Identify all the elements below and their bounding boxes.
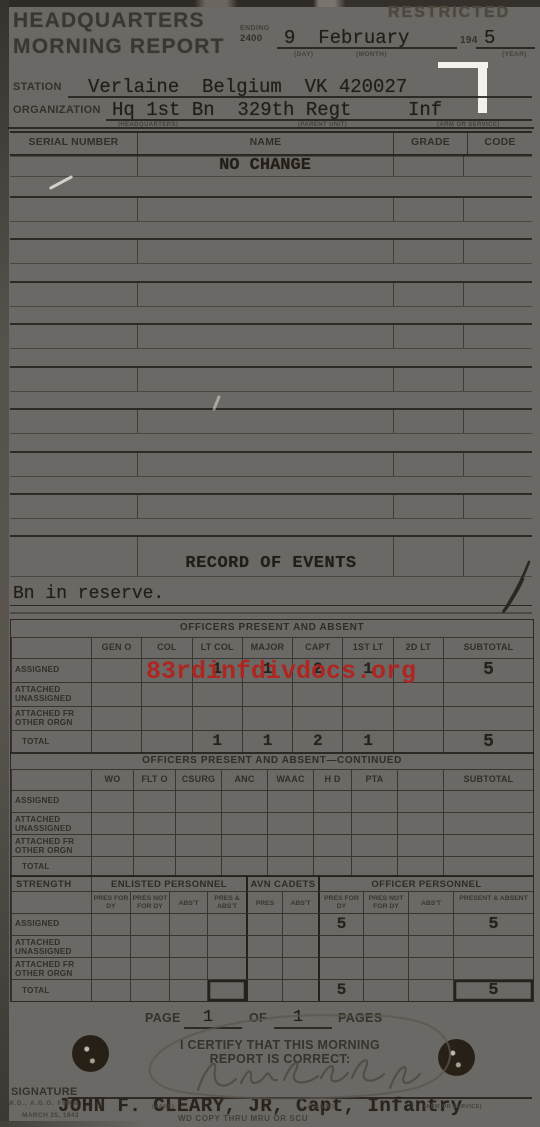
cell xyxy=(246,913,282,935)
cell xyxy=(175,856,221,876)
cell: 1 xyxy=(242,730,292,753)
cell xyxy=(169,979,207,1001)
cell xyxy=(313,834,351,856)
day-label: (DAY) xyxy=(294,51,313,58)
cell: 5 xyxy=(318,913,363,935)
cell xyxy=(207,913,246,935)
organization-arm-value: Inf xyxy=(408,99,442,121)
cell xyxy=(91,730,141,753)
cell xyxy=(282,935,318,957)
cell xyxy=(91,979,130,1001)
station-underline xyxy=(68,96,532,98)
arm-service-footer-label: (ARM OR SERVICE) xyxy=(424,1104,482,1110)
col-wo: WO xyxy=(91,769,133,790)
roster-row-no-change: NO CHANGE xyxy=(10,155,532,177)
subcol-ep-pres-for-dy: PRES FOR DY xyxy=(91,891,130,913)
officers-col-1st-lt: 1ST LT xyxy=(342,637,392,658)
roster-col-grade: GRADE xyxy=(393,133,467,154)
strength-row-label: ATTACHED UNASSIGNED xyxy=(11,935,91,957)
officers-title: OFFICERS PRESENT AND ABSENT xyxy=(11,620,533,637)
cell xyxy=(221,812,267,834)
cell xyxy=(91,913,130,935)
pages-label: PAGES xyxy=(338,1011,382,1025)
cell xyxy=(443,856,533,876)
cell xyxy=(408,979,453,1001)
cell xyxy=(246,935,282,957)
form-title-line1: HEADQUARTERS xyxy=(13,9,205,33)
cell xyxy=(313,812,351,834)
cell: 5 xyxy=(443,658,533,682)
cell xyxy=(313,856,351,876)
cell: 5 xyxy=(443,730,533,753)
cell xyxy=(443,812,533,834)
cell xyxy=(91,935,130,957)
cell: 2 xyxy=(292,730,342,753)
cell xyxy=(453,957,533,979)
organization-label: ORGANIZATION xyxy=(13,104,101,116)
roster-empty-row xyxy=(10,238,532,264)
cell xyxy=(397,856,443,876)
cell xyxy=(141,730,191,753)
officers-col-gen-o: GEN O xyxy=(91,637,141,658)
cell xyxy=(207,935,246,957)
cell xyxy=(91,682,141,706)
cell-boxed xyxy=(207,979,246,1001)
strength-table: STRENGTH ENLISTED PERSONNEL AVN CADETS O… xyxy=(10,875,534,1002)
roster-header-row: SERIAL NUMBER NAME GRADE CODE xyxy=(10,131,532,156)
film-scratch xyxy=(49,175,73,190)
officers-continued-table: OFFICERS PRESENT AND ABSENT—CONTINUED WO… xyxy=(10,752,534,877)
roster-empty-row xyxy=(10,366,532,392)
scan-edge-bottom xyxy=(0,1121,150,1127)
cell xyxy=(351,790,397,812)
event-entry: Bn in reserve. xyxy=(13,584,164,604)
cell xyxy=(393,730,443,753)
form-ref-line1: W.D., A.G.O. FORM xyxy=(8,1101,79,1107)
cell xyxy=(91,957,130,979)
cell: 1 xyxy=(192,730,242,753)
officers-row-label: TOTAL xyxy=(11,730,91,753)
cell xyxy=(246,979,282,1001)
officers-col-2d-lt: 2D LT xyxy=(393,637,443,658)
cell xyxy=(342,706,392,730)
cell xyxy=(221,856,267,876)
officers-col-major: MAJOR xyxy=(242,637,292,658)
ending-label: ENDING xyxy=(240,25,270,32)
date-value: 9 February xyxy=(284,27,409,49)
roster-empty-row xyxy=(10,493,532,519)
cell xyxy=(267,834,313,856)
year-label: (YEAR) xyxy=(502,51,527,58)
officers-col-subtotal: SUBTOTAL xyxy=(443,637,533,658)
wd-copy-note: WD COPY THRU MRU OR SCU xyxy=(178,1114,308,1123)
cell xyxy=(267,790,313,812)
cell xyxy=(443,790,533,812)
cell xyxy=(363,935,408,957)
cell xyxy=(169,935,207,957)
subheader-blank xyxy=(11,891,91,913)
cell xyxy=(408,913,453,935)
pages-value: 1 xyxy=(293,1008,303,1027)
cell xyxy=(133,790,175,812)
cell xyxy=(91,834,133,856)
certify-line1: I CERTIFY THAT THIS MORNING xyxy=(140,1038,420,1052)
cell xyxy=(443,682,533,706)
roster-closing-rule-1 xyxy=(10,612,532,614)
of-label: OF xyxy=(249,1011,267,1025)
cell: 1 xyxy=(342,730,392,753)
station-value: Verlaine Belgium VK 420027 xyxy=(88,76,407,98)
subcol-op-pres-not-for-dy: PRES NOT FOR DY xyxy=(363,891,408,913)
row-label: ASSIGNED xyxy=(11,790,91,812)
strength-row-label: TOTAL xyxy=(11,979,91,1001)
record-of-events-row: RECORD OF EVENTS xyxy=(10,535,532,577)
officers-col-capt: CAPT xyxy=(292,637,342,658)
cell xyxy=(282,979,318,1001)
roster-top-rule-1 xyxy=(8,127,534,129)
year-underline xyxy=(476,47,535,49)
roster-col-name: NAME xyxy=(137,133,393,154)
cell xyxy=(363,957,408,979)
row-label: TOTAL xyxy=(11,856,91,876)
month-label: (MONTH) xyxy=(356,51,387,58)
cell xyxy=(221,790,267,812)
cell xyxy=(397,790,443,812)
pages-underline xyxy=(274,1027,332,1029)
name-label: (NAME) xyxy=(152,1104,174,1110)
cell xyxy=(175,812,221,834)
punch-hole-left xyxy=(72,1035,109,1072)
roster-col-code: CODE xyxy=(467,133,532,154)
cell xyxy=(133,834,175,856)
watermark: 83rdinfdivdocs.org xyxy=(146,657,416,686)
crop-mark-vertical xyxy=(478,62,487,113)
officers-row-label: ATTACHED FR OTHER ORGN xyxy=(11,706,91,730)
cell-boxed: 5 xyxy=(453,979,533,1001)
roster-empty-row xyxy=(10,323,532,349)
strength-row-label: ASSIGNED xyxy=(11,913,91,935)
year-prefix: 194 xyxy=(460,35,478,46)
col-pta: PTA xyxy=(351,769,397,790)
cell xyxy=(141,706,191,730)
officers-continued-title: OFFICERS PRESENT AND ABSENT—CONTINUED xyxy=(11,753,533,769)
cell xyxy=(169,913,207,935)
roster-empty-row xyxy=(10,408,532,434)
cell xyxy=(246,957,282,979)
officers-row-label: ASSIGNED xyxy=(11,658,91,682)
cell xyxy=(443,834,533,856)
record-of-events-title: RECORD OF EVENTS xyxy=(10,554,532,573)
cell xyxy=(267,812,313,834)
col-subtotal: SUBTOTAL xyxy=(443,769,533,790)
cell xyxy=(408,957,453,979)
page-underline xyxy=(184,1027,242,1029)
cell xyxy=(130,957,169,979)
morning-report-scan: HEADQUARTERS MORNING REPORT RESTRICTED E… xyxy=(0,0,540,1127)
officers-row-label: ATTACHED UNASSIGNED xyxy=(11,682,91,706)
subcol-op-abst: ABS'T xyxy=(408,891,453,913)
group-officer-personnel: OFFICER PERSONNEL xyxy=(318,876,533,891)
col-csurg: CSURG xyxy=(175,769,221,790)
subcol-op-pres-for-dy: PRES FOR DY xyxy=(318,891,363,913)
cell xyxy=(397,834,443,856)
cell xyxy=(267,856,313,876)
station-label: STATION xyxy=(13,81,62,93)
row-label: ATTACHED UNASSIGNED xyxy=(11,812,91,834)
subcol-ep-abst: ABS'T xyxy=(169,891,207,913)
cell xyxy=(175,834,221,856)
cell xyxy=(453,935,533,957)
officers-col-col: COL xyxy=(141,637,191,658)
cell xyxy=(91,658,141,682)
cell xyxy=(282,913,318,935)
cell xyxy=(130,913,169,935)
roster-empty-row xyxy=(10,451,532,477)
cell xyxy=(169,957,207,979)
cell xyxy=(91,812,133,834)
form-ref-line2: MARCH 25, 1943 xyxy=(22,1112,79,1119)
subcol-op-present-absent: PRESENT & ABSENT xyxy=(453,891,533,913)
col-flt-o: FLT O xyxy=(133,769,175,790)
officers-table: OFFICERS PRESENT AND ABSENT GEN O COL LT… xyxy=(10,619,534,754)
cell xyxy=(91,856,133,876)
cell xyxy=(351,856,397,876)
cell xyxy=(363,979,408,1001)
subcol-avn-abst: ABS'T xyxy=(282,891,318,913)
page-value: 1 xyxy=(203,1008,213,1027)
cell xyxy=(292,706,342,730)
subcol-ep-pres-abst: PRES & ABS'T xyxy=(207,891,246,913)
organization-underline xyxy=(106,119,532,121)
cell xyxy=(130,979,169,1001)
col-blank xyxy=(397,769,443,790)
grade-label: (GRADE) xyxy=(308,1104,334,1110)
roster-col-serial-number: SERIAL NUMBER xyxy=(10,133,137,154)
page-label: PAGE xyxy=(145,1011,181,1025)
cell xyxy=(207,957,246,979)
col-anc: ANC xyxy=(221,769,267,790)
certify-line2: REPORT IS CORRECT: xyxy=(140,1052,420,1066)
roster-empty-row xyxy=(10,196,532,222)
year-value: 5 xyxy=(484,27,495,49)
cell xyxy=(313,790,351,812)
ending-time: 2400 xyxy=(240,33,262,44)
form-title-line2: MORNING REPORT xyxy=(13,35,225,59)
cell: 5 xyxy=(453,913,533,935)
officers-col-lt-col: LT COL xyxy=(192,637,242,658)
cell xyxy=(397,812,443,834)
cell xyxy=(318,957,363,979)
group-enlisted-personnel: ENLISTED PERSONNEL xyxy=(91,876,246,891)
cell xyxy=(242,706,292,730)
roster-empty-row xyxy=(10,281,532,307)
cell xyxy=(443,706,533,730)
cell xyxy=(91,790,133,812)
cell xyxy=(351,812,397,834)
subcol-avn-pres: PRES xyxy=(246,891,282,913)
cell xyxy=(175,790,221,812)
punch-hole-right xyxy=(438,1039,475,1076)
cell xyxy=(363,913,408,935)
officers-label-col-header xyxy=(11,637,91,658)
label-col-header xyxy=(11,769,91,790)
restricted-stamp: RESTRICTED xyxy=(388,4,510,22)
cell xyxy=(318,935,363,957)
organization-value: Hq 1st Bn 329th Regt xyxy=(112,99,351,121)
row-label: ATTACHED FR OTHER ORGN xyxy=(11,834,91,856)
date-underline xyxy=(277,47,457,49)
cell xyxy=(192,706,242,730)
cell xyxy=(130,935,169,957)
cell xyxy=(221,834,267,856)
cell xyxy=(133,812,175,834)
cell: 5 xyxy=(318,979,363,1001)
subcol-ep-pres-not-for-dy: PRES NOT FOR DY xyxy=(130,891,169,913)
group-avn-cadets: AVN CADETS xyxy=(246,876,318,891)
no-change-entry: NO CHANGE xyxy=(137,156,393,175)
cell xyxy=(133,856,175,876)
cell xyxy=(408,935,453,957)
scan-edge-left xyxy=(0,0,9,1127)
strength-row-label: ATTACHED FR OTHER ORGN xyxy=(11,957,91,979)
col-waac: WAAC xyxy=(267,769,313,790)
col-h-d: H D xyxy=(313,769,351,790)
strength-title: STRENGTH xyxy=(11,876,91,891)
event-entry-row: Bn in reserve. xyxy=(10,576,532,606)
cell xyxy=(91,706,141,730)
cell xyxy=(282,957,318,979)
cell xyxy=(351,834,397,856)
cell xyxy=(393,706,443,730)
